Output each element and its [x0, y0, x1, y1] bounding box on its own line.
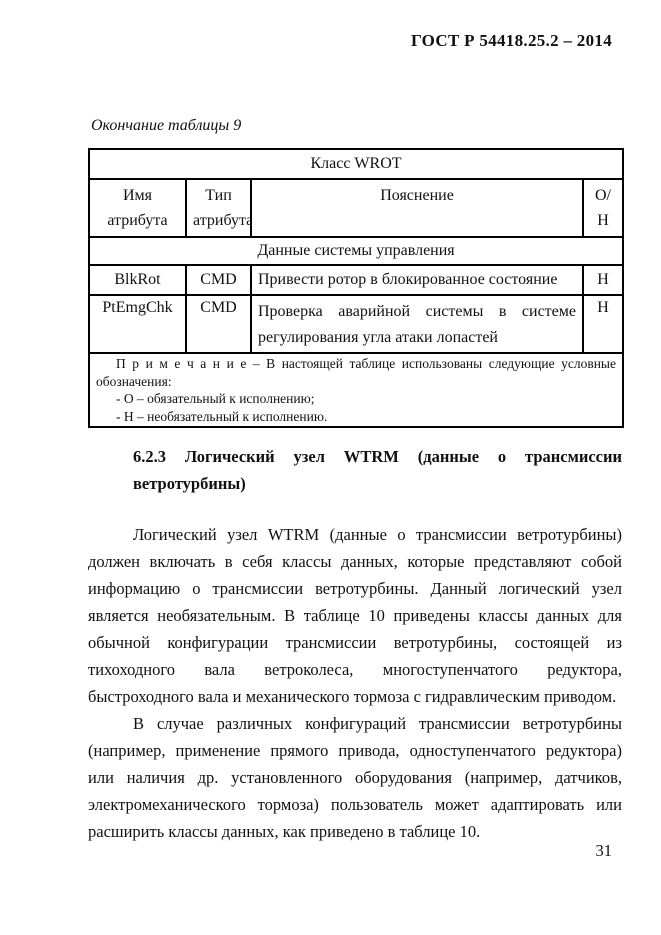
document-header: ГОСТ Р 54418.25.2 – 2014: [411, 31, 612, 51]
attr-type-cell: CMD: [186, 295, 251, 353]
attr-name-cell: BlkRot: [89, 265, 186, 295]
col-header-attr-name: Имя атрибута: [89, 179, 186, 237]
table-section-row: Данные системы управления: [89, 237, 623, 265]
col-header-attr-type: Тип атрибута: [186, 179, 251, 237]
page-number: 31: [596, 841, 613, 861]
note-item: - О – обязательный к исполнению;: [116, 390, 616, 408]
table-note: П р и м е ч а н и е – В настоящей таблиц…: [89, 353, 623, 427]
table-title: Класс WROT: [89, 149, 623, 179]
body-paragraph: Логический узел WTRM (данные о трансмисс…: [88, 521, 622, 710]
note-item: - Н – необязательный к исполнению.: [116, 408, 616, 426]
description-cell: Проверка аварийной системы в системе рег…: [251, 295, 583, 353]
table-note-row: П р и м е ч а н и е – В настоящей таблиц…: [89, 353, 623, 427]
body-paragraph: В случае различных конфигураций трансмис…: [88, 710, 622, 845]
attribute-table: Класс WROT Имя атрибута Тип атрибута Поя…: [88, 148, 624, 428]
description-cell: Привести ротор в блокированное состояние: [251, 265, 583, 295]
table-header-row: Имя атрибута Тип атрибута Пояснение О/Н: [89, 179, 623, 237]
table-title-row: Класс WROT: [89, 149, 623, 179]
body-text: Логический узел WTRM (данные о трансмисс…: [88, 521, 622, 845]
document-page: ГОСТ Р 54418.25.2 – 2014 Окончание табли…: [0, 0, 661, 935]
mandatory-cell: Н: [583, 265, 623, 295]
section-label: Данные системы управления: [89, 237, 623, 265]
table-row: PtEmgChk CMD Проверка аварийной системы …: [89, 295, 623, 353]
table-row: BlkRot CMD Привести ротор в блокированно…: [89, 265, 623, 295]
mandatory-cell: Н: [583, 295, 623, 353]
col-header-mandatory: О/Н: [583, 179, 623, 237]
section-heading: 6.2.3 Логический узел WTRM (данные о тра…: [88, 443, 622, 497]
note-text: П р и м е ч а н и е – В настоящей таблиц…: [96, 355, 616, 390]
col-header-description: Пояснение: [251, 179, 583, 237]
attr-type-cell: CMD: [186, 265, 251, 295]
attr-name-cell: PtEmgChk: [89, 295, 186, 353]
table-caption: Окончание таблицы 9: [91, 117, 241, 135]
